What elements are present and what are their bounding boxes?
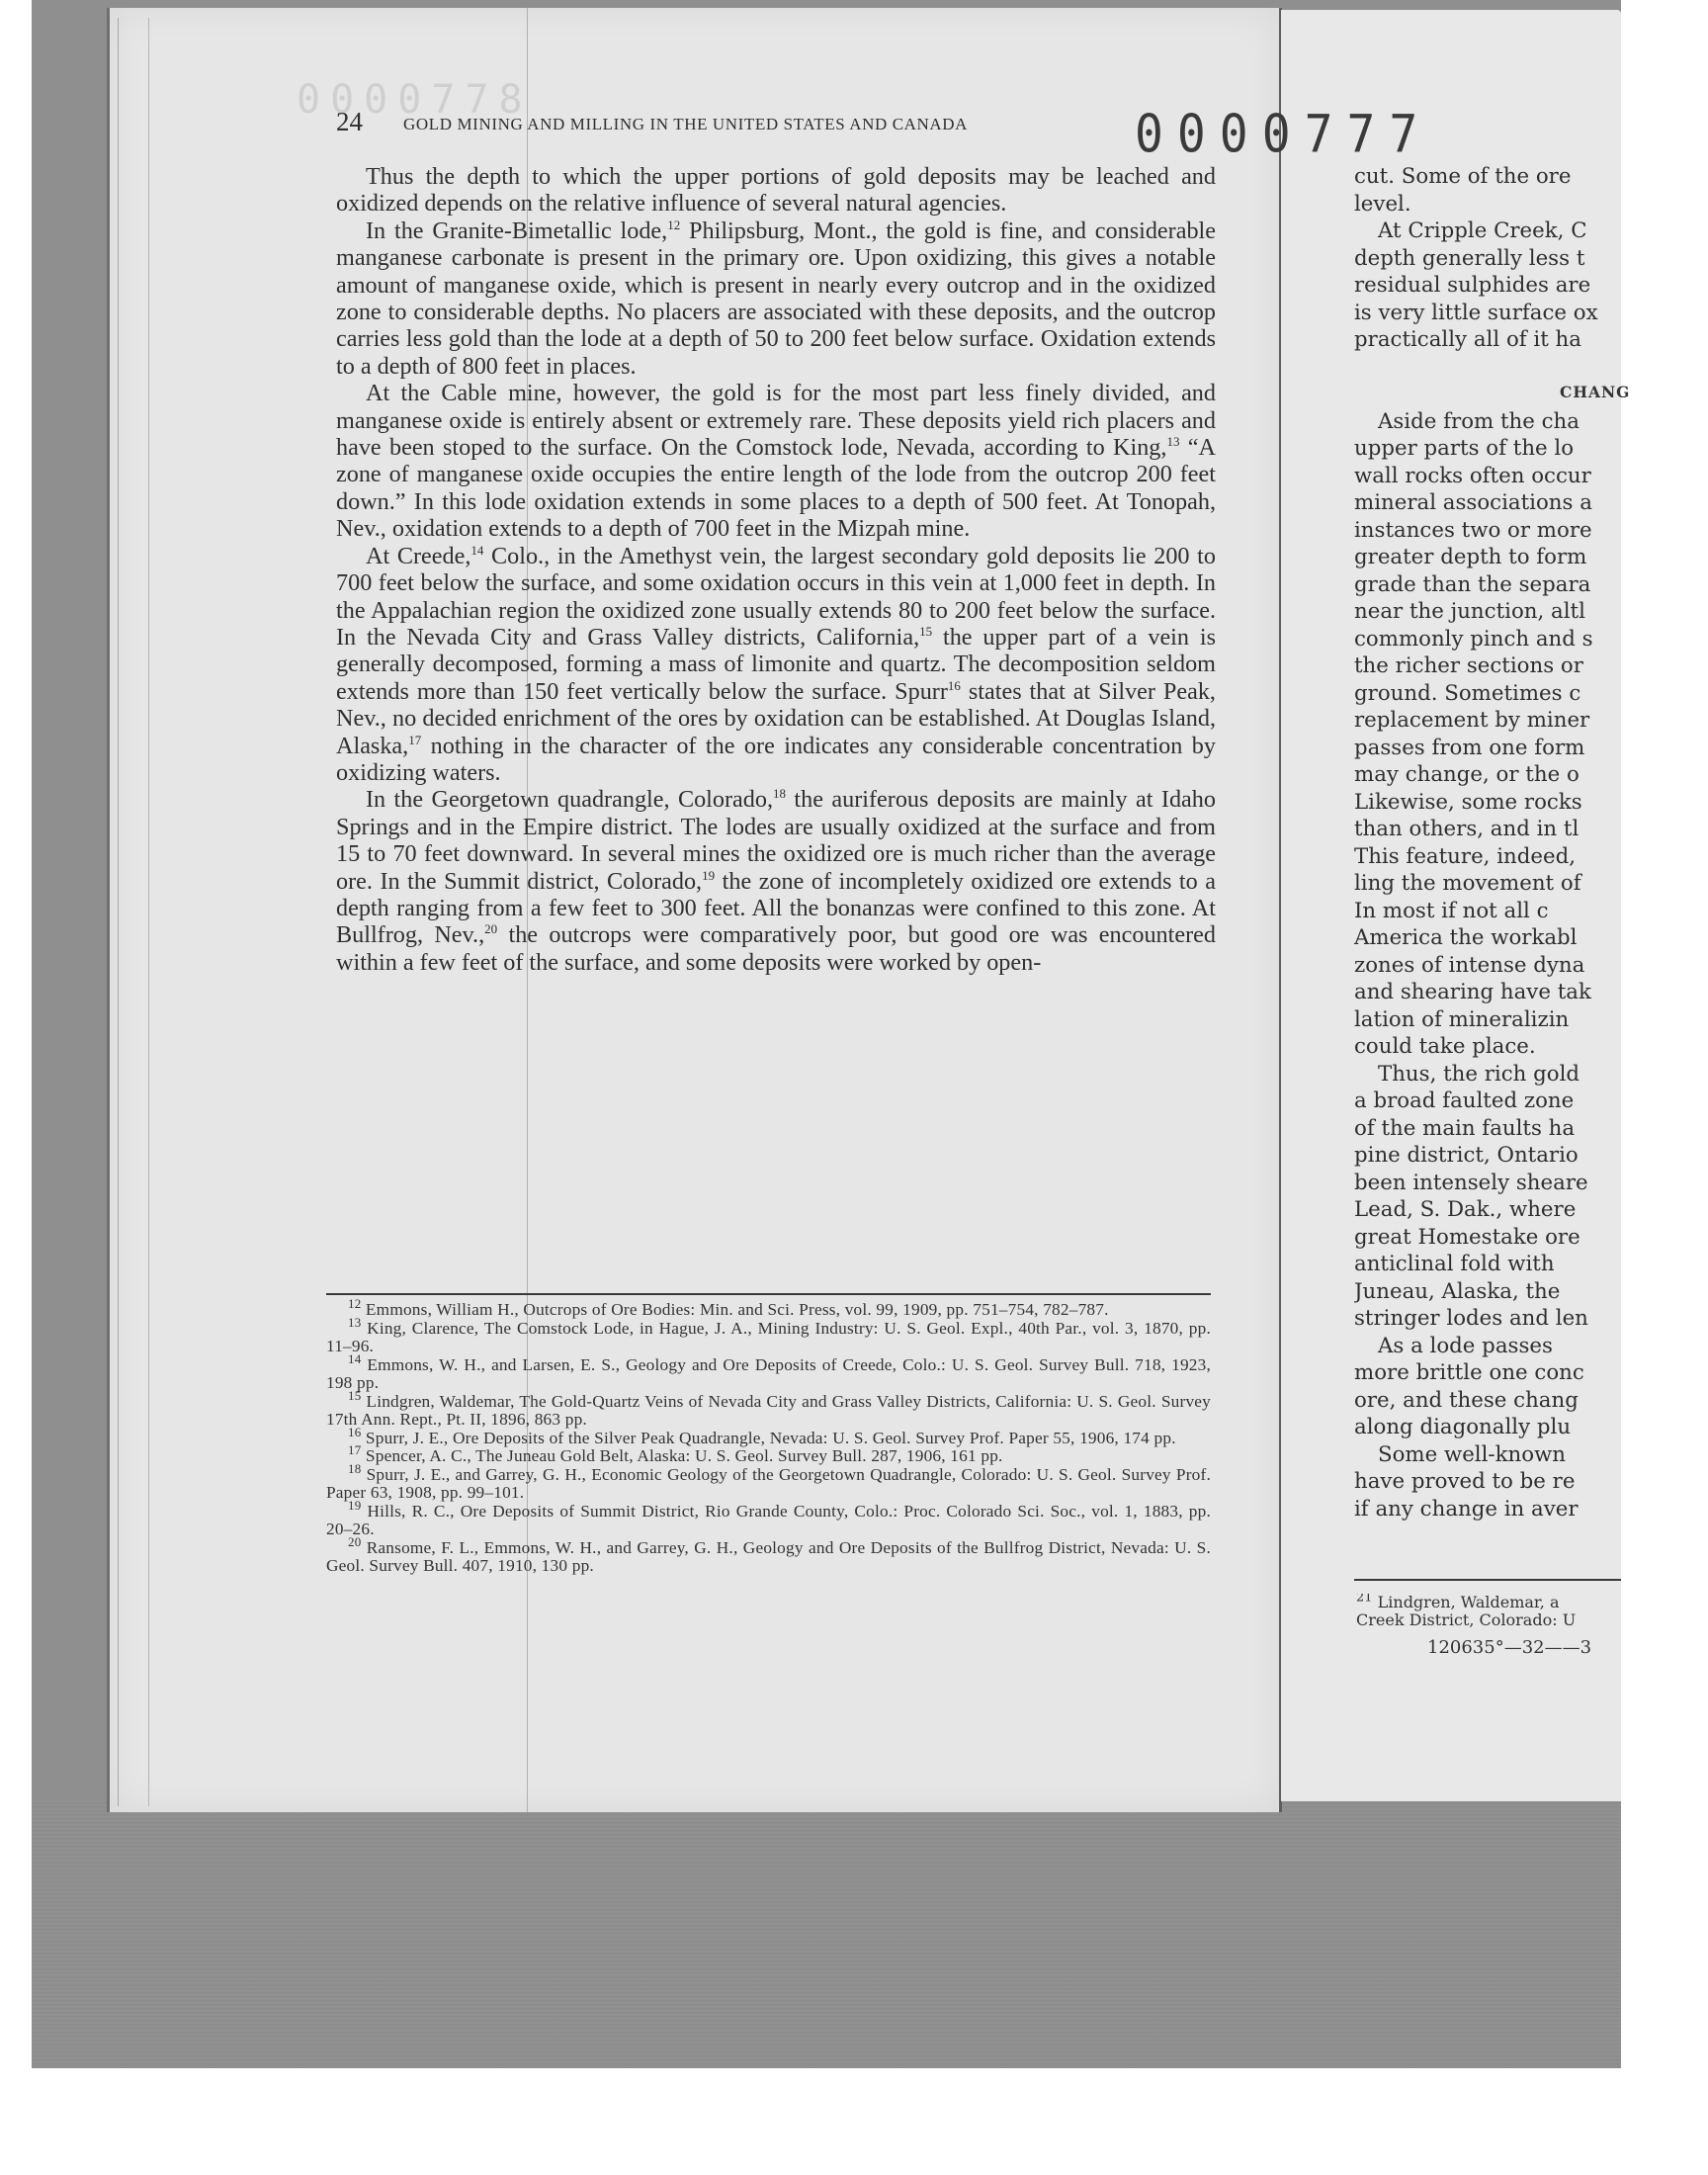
right-footnote-line1: Lindgren, Waldemar, a — [1378, 1594, 1560, 1611]
main-text-column: Thus the depth to which the upper portio… — [336, 163, 1216, 976]
right-text-line: depth generally less t — [1354, 245, 1621, 273]
right-text-line: upper parts of the lo — [1354, 435, 1621, 463]
footnote-marker: 17 — [408, 732, 421, 746]
paragraph: At the Cable mine, however, the gold is … — [336, 380, 1216, 542]
footnote-marker: 18 — [773, 786, 786, 801]
right-text-line: level. — [1354, 191, 1621, 218]
footnote-marker: 15 — [919, 624, 932, 639]
right-text-line: wall rocks often occur — [1354, 463, 1621, 490]
footnote-entry: 18 Spurr, J. E., and Garrey, G. H., Econ… — [326, 1466, 1211, 1503]
right-text-line — [1354, 354, 1621, 382]
scanner-background-lower — [32, 1799, 1621, 2068]
right-text-line: In most if not all c — [1354, 898, 1621, 925]
paragraph: In the Granite-Bimetallic lode,12 Philip… — [336, 217, 1216, 380]
right-text-line: greater depth to form — [1354, 544, 1621, 571]
footnote-number: 15 — [348, 1388, 361, 1403]
footnote-number: 13 — [348, 1315, 361, 1330]
right-footnote-rule — [1354, 1579, 1621, 1581]
paragraph: At Creede,14 Colo., in the Amethyst vein… — [336, 543, 1216, 787]
right-text-line: have proved to be re — [1354, 1468, 1621, 1496]
paragraph: Thus the depth to which the upper portio… — [336, 163, 1216, 217]
right-text-line: may change, or the o — [1354, 761, 1621, 789]
right-text-line: than others, and in tl — [1354, 816, 1621, 843]
footnote-entry: 14 Emmons, W. H., and Larsen, E. S., Geo… — [326, 1356, 1211, 1393]
right-text-line: Juneau, Alaska, the — [1354, 1278, 1621, 1306]
right-text-line: passes from one form — [1354, 735, 1621, 762]
right-text-line: a broad faulted zone — [1354, 1087, 1621, 1115]
right-text-line: residual sulphides are — [1354, 272, 1621, 300]
right-text-line: grade than the separa — [1354, 571, 1621, 599]
footnote-marker: 20 — [484, 921, 497, 936]
right-text-line: Aside from the cha — [1354, 408, 1621, 436]
right-text-line: commonly pinch and s — [1354, 626, 1621, 653]
right-text-line: could take place. — [1354, 1033, 1621, 1061]
footnote-entry: 13 King, Clarence, The Comstock Lode, in… — [326, 1320, 1211, 1356]
right-text-line: cut. Some of the ore — [1354, 163, 1621, 191]
stacked-page-edges — [118, 18, 149, 1806]
right-text-line: near the junction, altl — [1354, 598, 1621, 626]
footnote-number: 14 — [348, 1351, 361, 1366]
footnote-entry: 12 Emmons, William H., Outcrops of Ore B… — [326, 1301, 1211, 1320]
stamp-number: 0000777 — [1135, 104, 1431, 165]
right-text-line: instances two or more — [1354, 517, 1621, 545]
right-text-line: This feature, indeed, — [1354, 843, 1621, 871]
right-text-line: if any change in aver — [1354, 1496, 1621, 1523]
right-text-line: is very little surface ox — [1354, 300, 1621, 327]
right-section-heading: CHANG — [1560, 383, 1630, 401]
right-text-line: ground. Sometimes c — [1354, 680, 1621, 708]
right-text-line: anticlinal fold with — [1354, 1251, 1621, 1278]
right-text-line: practically all of it ha — [1354, 326, 1621, 354]
right-text-line: pine district, Ontario — [1354, 1142, 1621, 1170]
right-text-line: ore, and these chang — [1354, 1387, 1621, 1415]
right-text-line: lation of mineralizin — [1354, 1006, 1621, 1034]
footnote-entry: 20 Ransome, F. L., Emmons, W. H., and Ga… — [326, 1539, 1211, 1576]
footnote-number: 19 — [348, 1498, 361, 1513]
running-head-title: GOLD MINING AND MILLING IN THE UNITED ST… — [403, 115, 968, 134]
right-text-line: been intensely sheare — [1354, 1170, 1621, 1197]
right-text-line: Some well-known — [1354, 1441, 1621, 1469]
footnote-number: 12 — [348, 1296, 361, 1311]
right-text-line: and shearing have tak — [1354, 979, 1621, 1006]
right-text-line: stringer lodes and len — [1354, 1305, 1621, 1333]
right-text-line: along diagonally plu — [1354, 1414, 1621, 1441]
footnote-entry: 15 Lindgren, Waldemar, The Gold-Quartz V… — [326, 1393, 1211, 1430]
right-text-line: replacement by miner — [1354, 707, 1621, 735]
footnote-number: 18 — [348, 1461, 361, 1476]
right-text-line: Likewise, some rocks — [1354, 789, 1621, 817]
right-text-line: mineral associations a — [1354, 489, 1621, 517]
printer-signature: 120635°—32——3 — [1427, 1637, 1591, 1658]
right-text-line: more brittle one conc — [1354, 1359, 1621, 1387]
page-number: 24 — [336, 107, 363, 137]
right-footnote-number: 21 — [1356, 1594, 1373, 1606]
right-text-line: Thus, the rich gold — [1354, 1061, 1621, 1088]
right-text-line: of the main faults ha — [1354, 1115, 1621, 1143]
right-footnote: 21 Lindgren, Waldemar, a Creek District,… — [1356, 1594, 1621, 1629]
right-page-text: cut. Some of the orelevel.At Cripple Cre… — [1354, 163, 1621, 1522]
right-footnote-line2: Creek District, Colorado: U — [1356, 1611, 1621, 1629]
footnote-entry: 17 Spencer, A. C., The Juneau Gold Belt,… — [326, 1447, 1211, 1466]
paragraph: In the Georgetown quadrangle, Colorado,1… — [336, 786, 1216, 976]
right-text-line: America the workabl — [1354, 924, 1621, 952]
footnote-entry: 19 Hills, R. C., Ore Deposits of Summit … — [326, 1503, 1211, 1539]
footnote-marker: 16 — [948, 678, 961, 693]
footnote-number: 17 — [348, 1442, 361, 1457]
right-text-line: As a lode passes — [1354, 1333, 1621, 1360]
right-text-line: Lead, S. Dak., where — [1354, 1196, 1621, 1224]
footnote-rule — [326, 1293, 1211, 1295]
right-text-line: great Homestake ore — [1354, 1224, 1621, 1252]
right-text-line: zones of intense dyna — [1354, 952, 1621, 980]
footnote-number: 16 — [348, 1425, 361, 1439]
footnote-marker: 13 — [1166, 434, 1179, 449]
right-text-line: ling the movement of — [1354, 870, 1621, 898]
footnote-marker: 12 — [667, 217, 680, 232]
right-text-line: At Cripple Creek, C — [1354, 217, 1621, 245]
footnote-marker: 19 — [702, 868, 715, 883]
footnote-marker: 14 — [470, 543, 483, 558]
footnote-number: 20 — [348, 1534, 361, 1549]
footnote-entry: 16 Spurr, J. E., Ore Deposits of the Sil… — [326, 1430, 1211, 1448]
right-text-line: the richer sections or — [1354, 652, 1621, 680]
footnotes: 12 Emmons, William H., Outcrops of Ore B… — [326, 1301, 1211, 1576]
